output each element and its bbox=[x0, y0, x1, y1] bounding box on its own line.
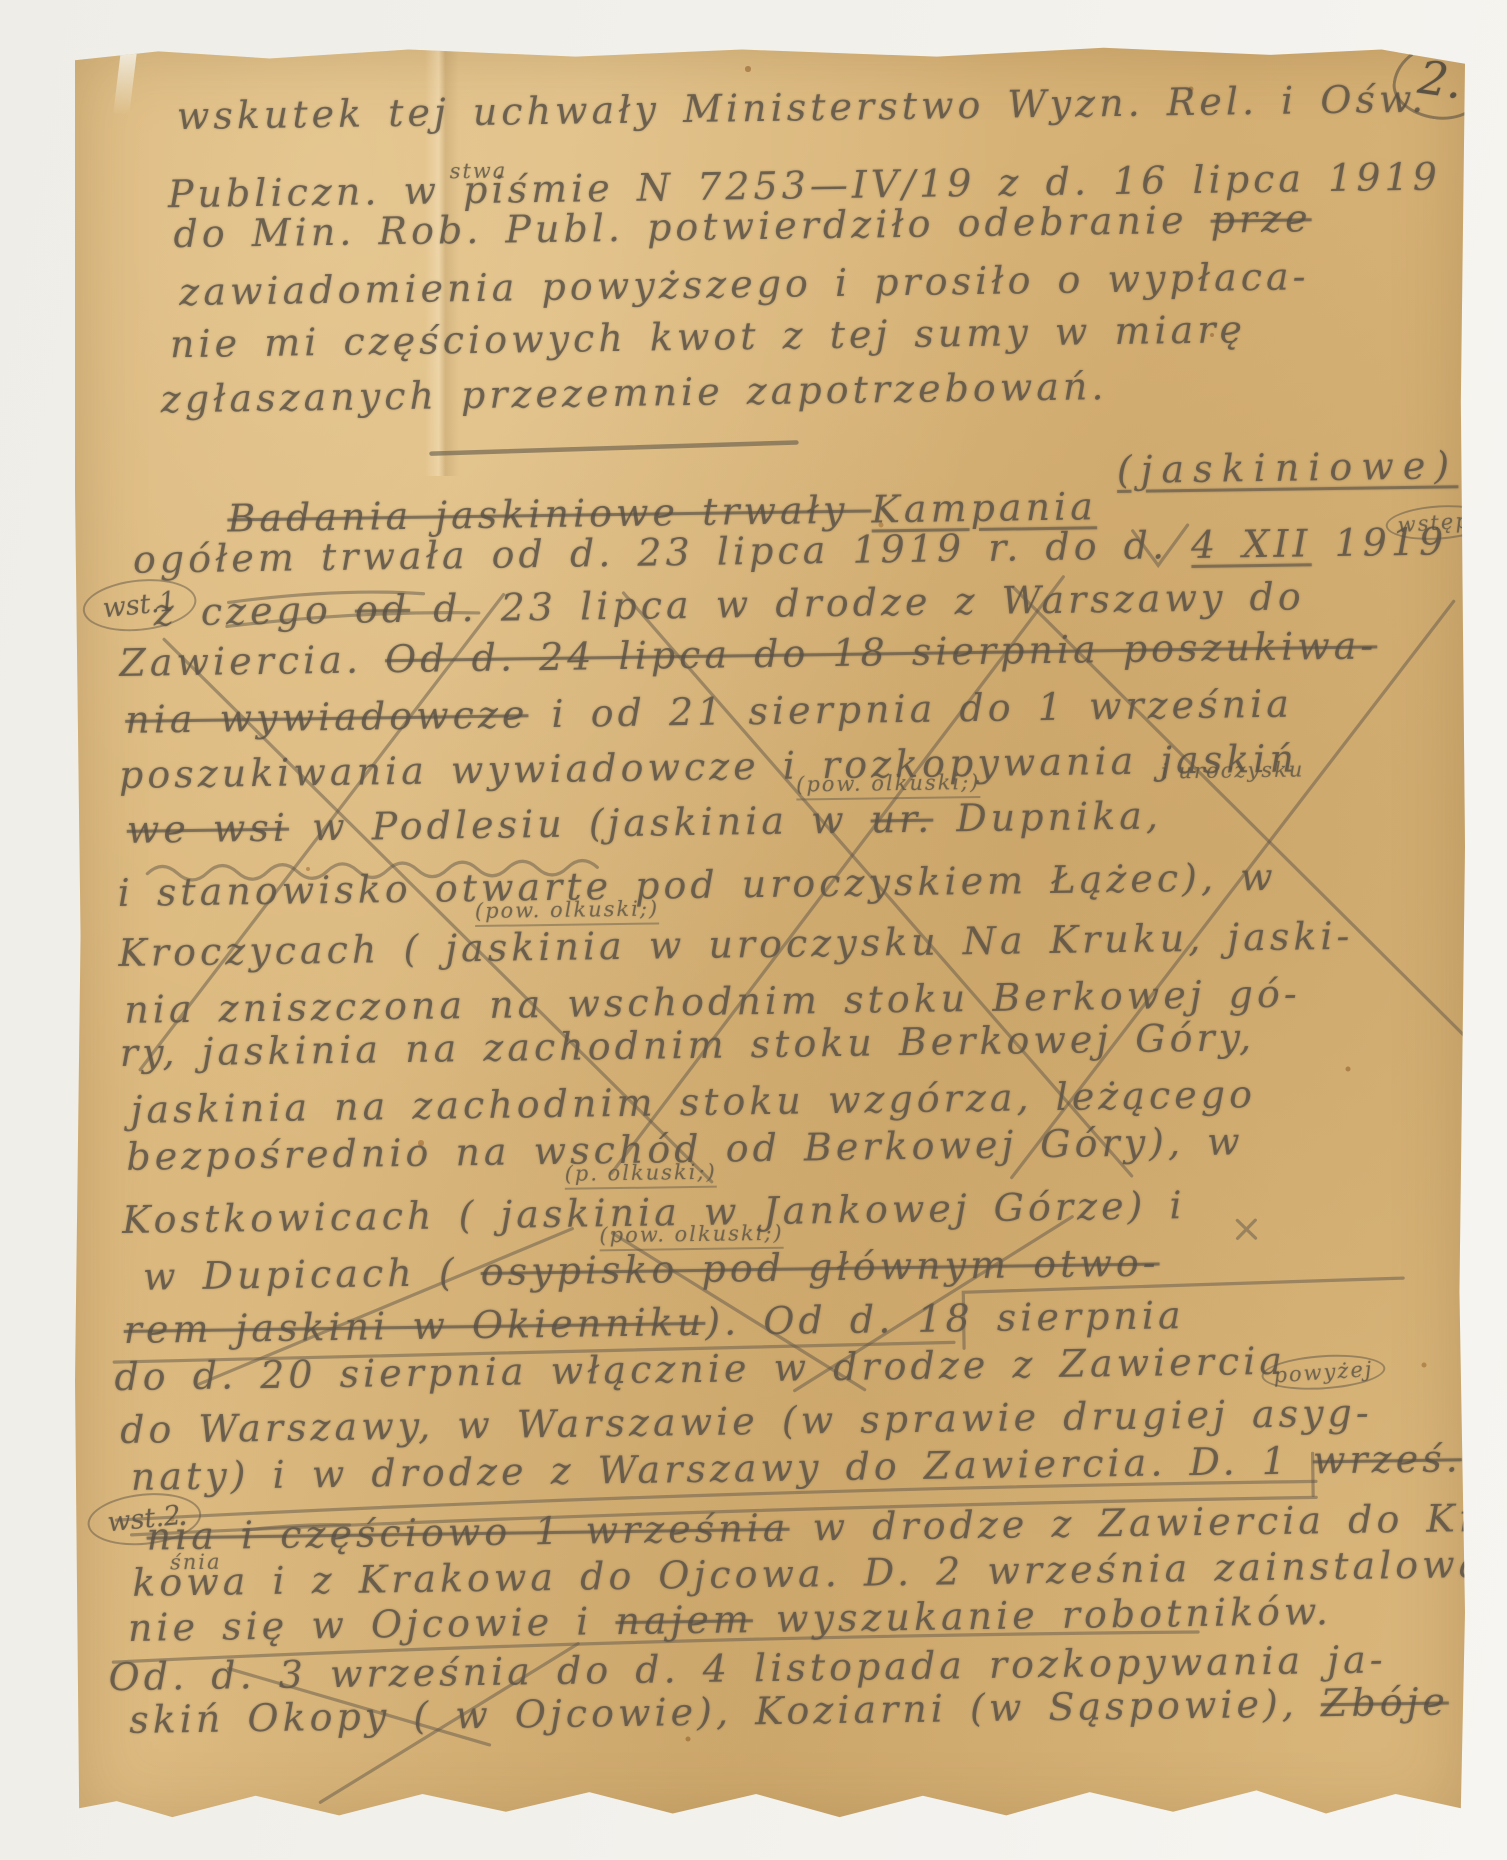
insertion-wstep: wstęp. bbox=[1385, 502, 1493, 543]
scanned-manuscript-screenshot: { "document": { "page_number": "2.", "ma… bbox=[0, 0, 1507, 1860]
section-separator-line bbox=[431, 442, 796, 453]
handwriting-layer: 2. wskutek tej uchwały Ministerstwo Wyzn… bbox=[71, 27, 1486, 1826]
text-segment: i stanowisko otwarte pod uroczyskiem Łąż… bbox=[117, 855, 1277, 915]
manuscript-line: wskutek tej uchwały Ministerstwo Wyzn. R… bbox=[176, 69, 1427, 146]
struck-text: we wsi bbox=[126, 806, 289, 852]
struck-text: nia wywiadowcze bbox=[125, 692, 529, 742]
struck-text: wrześ. bbox=[1313, 1436, 1462, 1482]
text-segment: Dupnika, bbox=[933, 793, 1162, 840]
insertion-snia: śnia bbox=[170, 1550, 222, 1575]
struck-text: Zbóje bbox=[1321, 1680, 1449, 1726]
text-segment: i od 21 sierpnia do 1 września bbox=[528, 682, 1293, 737]
text-segment: wskutek tej uchwały Ministerstwo Wyzn. R… bbox=[176, 77, 1427, 138]
insertion-pow-olkuski-dupice: (pow. olkuski;) bbox=[599, 1221, 784, 1252]
underlined-date: 4 XII bbox=[1191, 521, 1312, 567]
x-mark bbox=[1237, 1220, 1255, 1238]
insertion-pow-olkuski-kroczyce: (pow. olkuski;) bbox=[475, 896, 660, 927]
insertion-uroczysku: i uroczysku bbox=[1161, 757, 1305, 783]
insertion-ministerstwa: stwa bbox=[449, 159, 507, 184]
interline-insertion-jaskiniowe: (jaskiniowe) bbox=[1116, 435, 1458, 500]
text-segment: w Podlesiu (jaskinia w bbox=[289, 797, 871, 849]
manuscript-line: zgłaszanych przezemnie zapotrzebowań. bbox=[160, 356, 1108, 429]
paper-specks bbox=[75, 46, 77, 48]
text-segment: w Dupicach ( bbox=[143, 1250, 481, 1299]
struck-text: od bbox=[355, 587, 411, 632]
manuscript-page: 2. wskutek tej uchwały Ministerstwo Wyzn… bbox=[75, 46, 1465, 1826]
text-segment: naty) i w drodze z Warszawy do Zawiercia… bbox=[130, 1438, 1313, 1499]
insertion-p-olkuski-kostkowice: (p. olkuski;) bbox=[564, 1160, 716, 1190]
struck-text: najem bbox=[615, 1597, 753, 1643]
text-segment: (jaskiniowe) bbox=[1117, 443, 1459, 492]
text-segment: skiń Okopy ( w Ojcowie), Koziarni (w Sąs… bbox=[129, 1681, 1321, 1742]
insertion-pow-olkuski-podlesie: (pow. olkuski;) bbox=[796, 770, 981, 801]
text-segment: zgłaszanych przezemnie zapotrzebowań. bbox=[160, 364, 1107, 421]
struck-text: prze bbox=[1210, 196, 1312, 241]
text-segment: do Min. Rob. Publ. potwierdziło odebrani… bbox=[173, 198, 1211, 256]
text-segment: Zawiercia. bbox=[119, 637, 385, 685]
struck-text: ur. bbox=[870, 797, 933, 842]
struck-text: Od d. 24 lipca do 18 sierpnia poszukiwa- bbox=[385, 623, 1378, 681]
